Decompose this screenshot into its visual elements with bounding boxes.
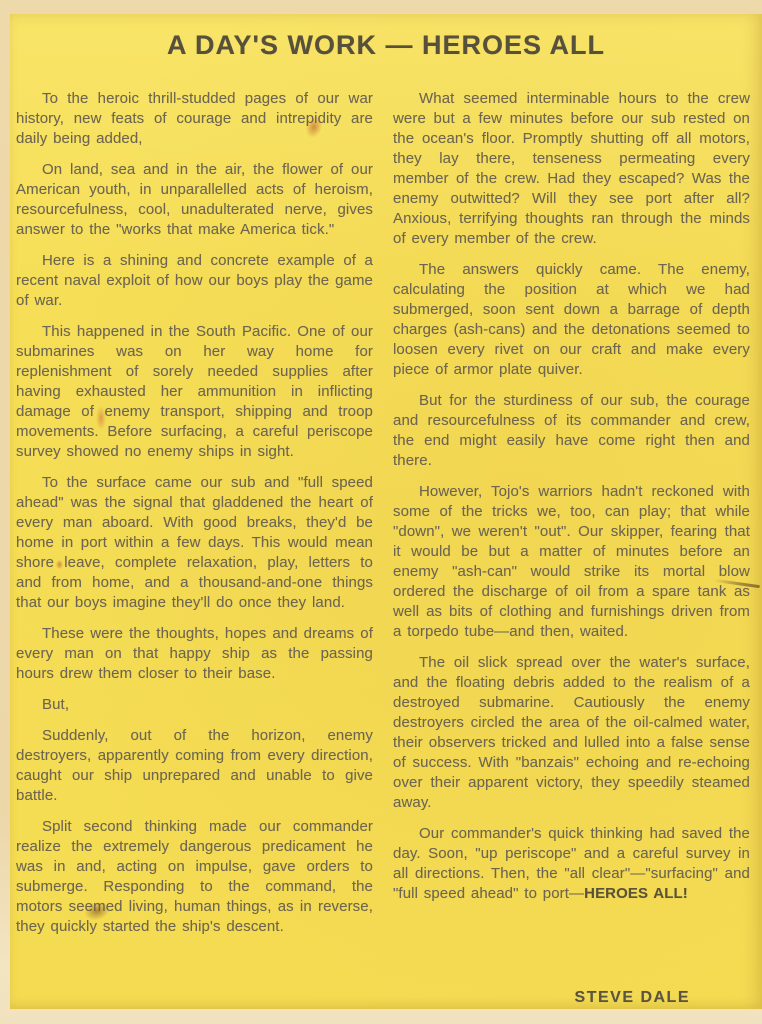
paragraph: To the heroic thrill-studded pages of ou… [16,89,373,149]
paragraph-text: To the surface came our sub and "full sp… [16,474,373,611]
paragraph: This happened in the South Pacific. One … [16,322,373,462]
paragraph-text: Split second thinking made our commander… [16,818,373,935]
scanned-paper-background: { "page": { "title": "A DAY'S WORK — HER… [0,0,762,1024]
paragraph-text: These were the thoughts, hopes and dream… [16,625,373,682]
paragraph: These were the thoughts, hopes and dream… [16,624,373,684]
right-column: What seemed interminable hours to the cr… [393,89,750,948]
paragraph-text: On land, sea and in the air, the flower … [16,161,373,238]
paragraph: The answers quickly came. The enemy, cal… [393,260,750,380]
paragraph-text: To the heroic thrill-studded pages of ou… [16,90,373,147]
paragraph-text: Here is a shining and concrete example o… [16,252,373,309]
paragraph-text: Suddenly, out of the horizon, enemy dest… [16,727,373,804]
comic-text-page: A DAY'S WORK — HEROES ALL To the heroic … [10,14,762,1009]
paragraph: Here is a shining and concrete example o… [16,251,373,311]
paragraph-text: This happened in the South Pacific. One … [16,323,373,460]
paragraph-text: Our commander's quick thinking had saved… [393,825,750,902]
paragraph: What seemed interminable hours to the cr… [393,89,750,249]
author-byline: STEVE DALE [575,989,690,1007]
paragraph: On land, sea and in the air, the flower … [16,160,373,240]
paragraph: To the surface came our sub and "full sp… [16,473,373,613]
paragraph: But, [16,695,373,715]
two-column-text-block: To the heroic thrill-studded pages of ou… [10,61,762,948]
paragraph: Suddenly, out of the horizon, enemy dest… [16,726,373,806]
paragraph-text: But for the sturdiness of our sub, the c… [393,392,750,469]
paragraph-text: However, Tojo's warriors hadn't reckoned… [393,483,750,640]
left-column: To the heroic thrill-studded pages of ou… [16,89,373,948]
paragraph-text: But, [42,696,69,713]
paragraph-text: The answers quickly came. The enemy, cal… [393,261,750,378]
page-title: A DAY'S WORK — HEROES ALL [10,30,762,61]
paragraph-text: The oil slick spread over the water's su… [393,654,750,811]
paragraph: However, Tojo's warriors hadn't reckoned… [393,482,750,642]
paragraph-text: What seemed interminable hours to the cr… [393,90,750,247]
paragraph: Our commander's quick thinking had saved… [393,824,750,904]
paragraph: Split second thinking made our commander… [16,817,373,937]
bold-emphasis-text: HEROES ALL! [584,885,688,902]
paragraph: But for the sturdiness of our sub, the c… [393,391,750,471]
paragraph: The oil slick spread over the water's su… [393,653,750,813]
